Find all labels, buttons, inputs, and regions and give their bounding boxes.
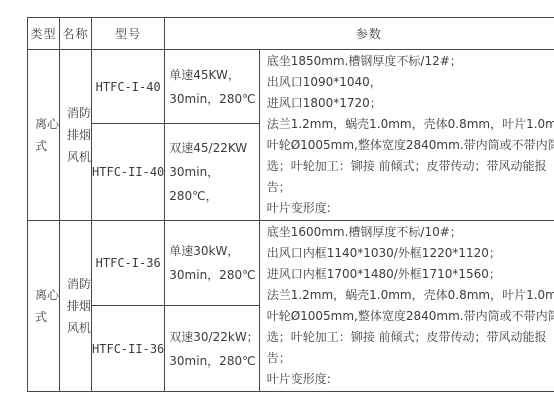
model-cell: HTFC-II-36 [92, 306, 165, 392]
speed-line: 30min， [165, 160, 258, 184]
col-header-params: 参数 [165, 18, 554, 50]
speed-line: 30min，280℃ [165, 263, 258, 287]
type-line: 离心 [28, 113, 59, 135]
speed-line: 双速30/22kW； [165, 325, 258, 349]
param-line: 法兰1.2mm，蜗壳1.0mm，壳体0.8mm，叶片1.0mm: [260, 285, 554, 306]
table-row: 离心 式 消防 排烟 风机 HTFC-I-36 单速30kW， 30min，28… [28, 221, 554, 306]
document-page: 类型 名称 型号 参数 离心 式 消防 排烟 风机 HTFC-I-40 单速45… [0, 0, 554, 411]
name-cell: 消防 排烟 风机 [60, 50, 92, 221]
param-line: 底坐1850mm.槽钢厚度不标/12#； [260, 51, 554, 72]
param-line: 法兰1.2mm，蜗壳1.0mm，壳体0.8mm，叶片1.0mm: [260, 114, 554, 135]
speed-line: 单速45KW， [165, 63, 258, 87]
col-header-name: 名称 [60, 18, 92, 50]
name-cell: 消防 排烟 风机 [60, 221, 92, 392]
table-row: 离心 式 消防 排烟 风机 HTFC-I-40 单速45KW， 30min，28… [28, 50, 554, 124]
speed-line: 30min，280℃ [165, 349, 258, 373]
type-line: 式 [28, 135, 59, 157]
speed-line: 280℃， [165, 184, 258, 208]
param-line: 进风口内框1700*1480/外框1710*1560； [260, 264, 554, 285]
param-line: 底坐1600mm.槽钢厚度不标/10#； [260, 222, 554, 243]
speed-cell: 双速45/22KW 30min， 280℃， [165, 124, 259, 221]
param-line: 进风口1800*1720； [260, 93, 554, 114]
param-line: 叶轮Ø1005mm,整体宽度2840mm.带内筒或不带内筒可 [260, 135, 554, 156]
speed-cell: 双速30/22kW； 30min，280℃ [165, 306, 259, 392]
param-line: 选；叶轮加工：铆接 前倾式；皮带传动；带风动能报 [260, 327, 554, 348]
name-line: 排烟 [60, 124, 91, 146]
speed-line: 30min，280℃ [165, 87, 258, 111]
type-cell: 离心 式 [28, 221, 60, 392]
model-cell: HTFC-I-40 [92, 50, 165, 124]
param-line: 叶轮Ø1005mm,整体宽度2840mm.带内筒或不带内筒可 [260, 306, 554, 327]
speed-cell: 单速30kW， 30min，280℃ [165, 221, 259, 306]
param-line: 出风口内框1140*1030/外框1220*1120； [260, 243, 554, 264]
params-cell: 底坐1850mm.槽钢厚度不标/12#； 出风口1090*1040， 进风口18… [259, 50, 554, 221]
table-header-row: 类型 名称 型号 参数 [28, 18, 554, 50]
param-line: 叶片变形度: [260, 198, 554, 219]
params-cell: 底坐1600mm.槽钢厚度不标/10#； 出风口内框1140*1030/外框12… [259, 221, 554, 392]
fan-spec-table: 类型 名称 型号 参数 离心 式 消防 排烟 风机 HTFC-I-40 单速45… [27, 17, 554, 392]
name-line: 消防 [60, 102, 91, 124]
name-line: 消防 [60, 273, 91, 295]
name-line: 风机 [60, 317, 91, 339]
param-line: 出风口1090*1040， [260, 72, 554, 93]
speed-line: 单速30kW， [165, 239, 258, 263]
speed-line: 双速45/22KW [165, 136, 258, 160]
col-header-model: 型号 [92, 18, 165, 50]
model-cell: HTFC-I-36 [92, 221, 165, 306]
type-cell: 离心 式 [28, 50, 60, 221]
col-header-type: 类型 [28, 18, 60, 50]
param-line: 告； [260, 348, 554, 369]
type-line: 式 [28, 306, 59, 328]
param-line: 告； [260, 177, 554, 198]
param-line: 选；叶轮加工：铆接 前倾式；皮带传动；带风动能报 [260, 156, 554, 177]
speed-cell: 单速45KW， 30min，280℃ [165, 50, 259, 124]
name-line: 排烟 [60, 295, 91, 317]
name-line: 风机 [60, 146, 91, 168]
param-line: 叶片变形度: [260, 369, 554, 390]
model-cell: HTFC-II-40 [92, 124, 165, 221]
type-line: 离心 [28, 284, 59, 306]
